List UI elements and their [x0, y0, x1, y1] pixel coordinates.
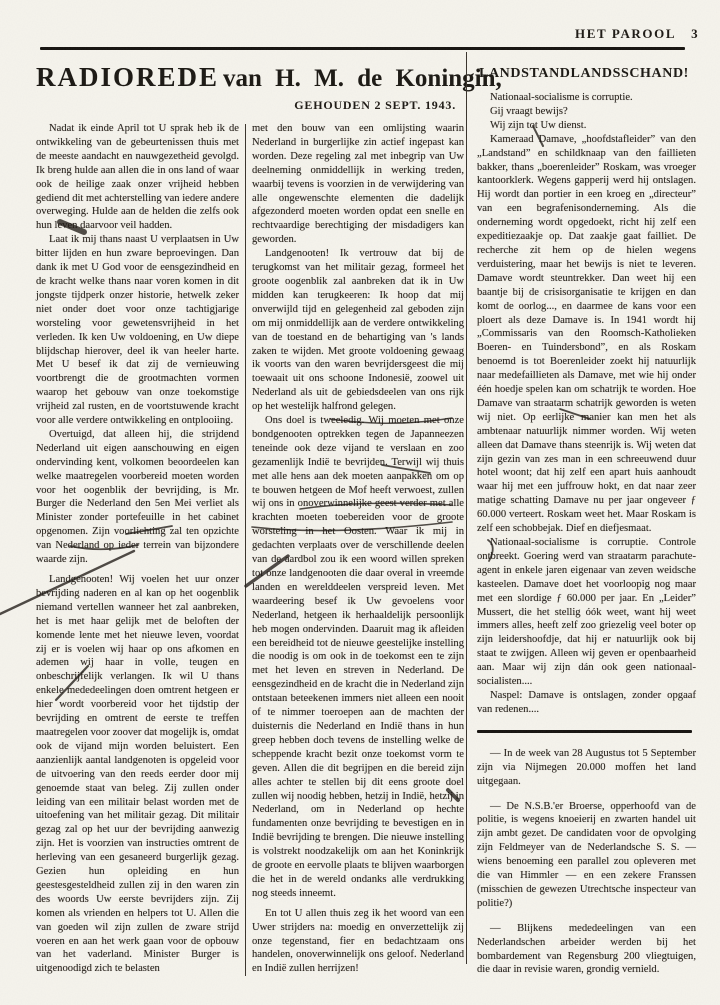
paragraph: Nadat ik einde April tot U sprak heb ik …: [36, 122, 239, 233]
section-divider-rule: [477, 730, 692, 733]
masthead-rule: [40, 47, 685, 50]
right-column: LANDSTAND LANDSSCHAND! Nationaal-sociali…: [477, 66, 696, 988]
paragraph: Naspel: Damave is ontslagen, zonder opga…: [477, 689, 696, 717]
newspaper-title: HET PAROOL: [575, 26, 676, 41]
paragraph: Nationaal-socialisme is corruptie.: [477, 91, 696, 105]
main-article: RADIOREDEvan H. M. de Koningin, GEHOUDEN…: [36, 62, 464, 976]
paragraph: Kameraad Damave, „hoofdstafleider” van d…: [477, 133, 696, 536]
news-briefs: — In de week van 28 Augustus tot 5 Septe…: [477, 747, 696, 978]
article-body: Nadat ik einde April tot U sprak heb ik …: [36, 122, 464, 976]
paragraph: Laat ik mij thans naast U verplaatsen in…: [36, 233, 239, 428]
headline-rest: van H. M. de Koningin,: [223, 65, 502, 92]
paragraph: met den bouw van een omlijsting waarin N…: [252, 122, 464, 247]
paragraph: — Blijkens mededeelingen van een Nederla…: [477, 922, 696, 978]
paragraph: — De N.S.B.'er Broerse, opperhoofd van d…: [477, 800, 696, 911]
newspaper-page: HET PAROOL3 RADIOREDEvan H. M. de Koning…: [0, 0, 720, 1005]
paragraph: Wij zijn tot Uw dienst.: [477, 119, 696, 133]
paragraph: En tot U allen thuis zeg ik het woord va…: [252, 907, 464, 977]
heading-word-left: LANDSTAND: [479, 66, 571, 82]
article-headline: RADIOREDEvan H. M. de Koningin,: [36, 62, 464, 94]
paragraph: Landgenooten! Ik vertrouw dat bij de ter…: [252, 247, 464, 414]
main-column-divider: [466, 52, 467, 964]
paragraph: — In de week van 28 Augustus tot 5 Septe…: [477, 747, 696, 789]
column-divider: [245, 124, 246, 976]
headline-word: RADIOREDE: [36, 62, 219, 92]
paragraph: Overtuigd, dat alleen hij, die strijdend…: [36, 428, 239, 567]
article-column-1: Nadat ik einde April tot U sprak heb ik …: [36, 122, 239, 976]
right-column-body: Nationaal-socialisme is corruptie.Gij vr…: [477, 91, 696, 717]
page-number: 3: [691, 26, 699, 41]
article-subtitle: GEHOUDEN 2 SEPT. 1943.: [36, 98, 456, 113]
right-column-heading: LANDSTAND LANDSSCHAND!: [479, 66, 684, 82]
article-column-2: met den bouw van een omlijsting waarin N…: [252, 122, 464, 976]
heading-word-right: LANDSSCHAND!: [571, 66, 689, 82]
paragraph: Landgenooten! Wij voelen het uur onzer b…: [36, 573, 239, 976]
paragraph: Ons doel is tweeledig. Wij moeten met on…: [252, 414, 464, 901]
paragraph: Gij vraagt bewijs?: [477, 105, 696, 119]
paragraph: Nationaal-socialisme is corruptie. Contr…: [477, 536, 696, 689]
masthead: HET PAROOL3: [575, 26, 699, 42]
